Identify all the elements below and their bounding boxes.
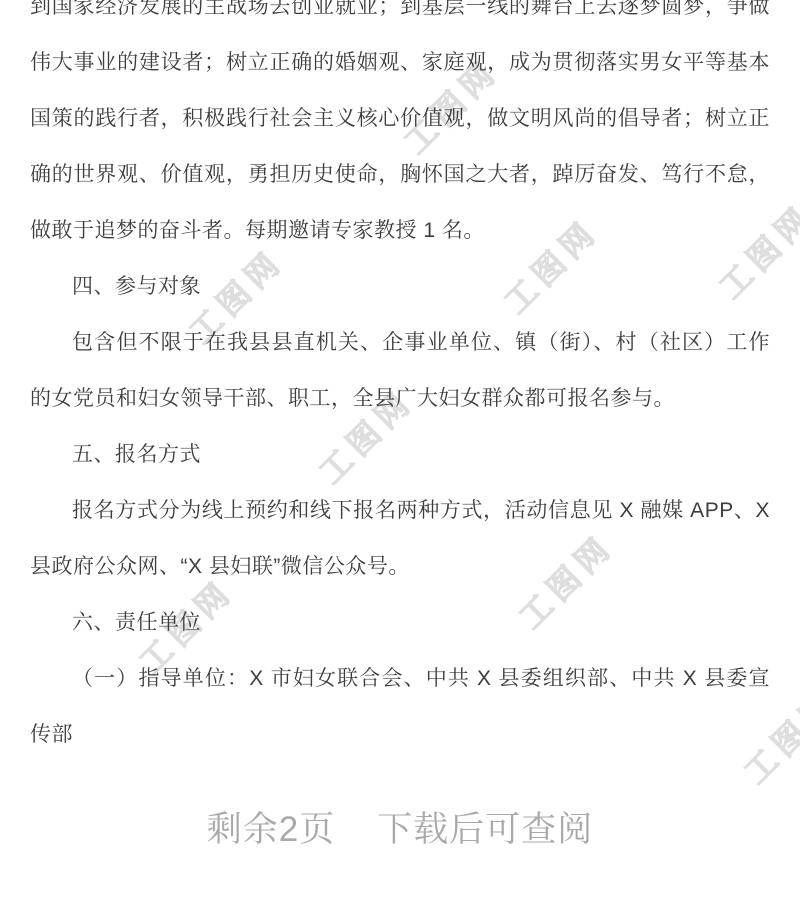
section-heading: 六、责任单位 (30, 595, 770, 651)
paragraph: 包含但不限于在我县县直机关、企事业单位、镇（街）、村（社区）工作的女党员和妇女领… (30, 315, 770, 427)
download-hint-label: 下载后可查阅 (377, 810, 593, 849)
section-heading: 四、参与对象 (30, 259, 770, 315)
pagination-notice: 剩余2页下载后可查阅 (0, 805, 800, 855)
paragraph: 报名方式分为线上预约和线下报名两种方式，活动信息见 X 融媒 APP、X 县政府… (30, 483, 770, 595)
document-page: 工图网工图网工图网工图网工图网工图网工图网工图网 到国家经济发展的主战场去创业就… (0, 0, 800, 911)
paragraph: （一）指导单位：X 市妇女联合会、中共 X 县委组织部、中共 X 县委宣传部 (30, 651, 770, 763)
pages-remaining-label: 剩余2页 (207, 810, 335, 849)
paragraph: 到国家经济发展的主战场去创业就业；到基层一线的舞台上去逐梦圆梦，争做伟大事业的建… (30, 0, 770, 259)
section-heading: 五、报名方式 (30, 427, 770, 483)
document-body: 到国家经济发展的主战场去创业就业；到基层一线的舞台上去逐梦圆梦，争做伟大事业的建… (0, 0, 800, 763)
